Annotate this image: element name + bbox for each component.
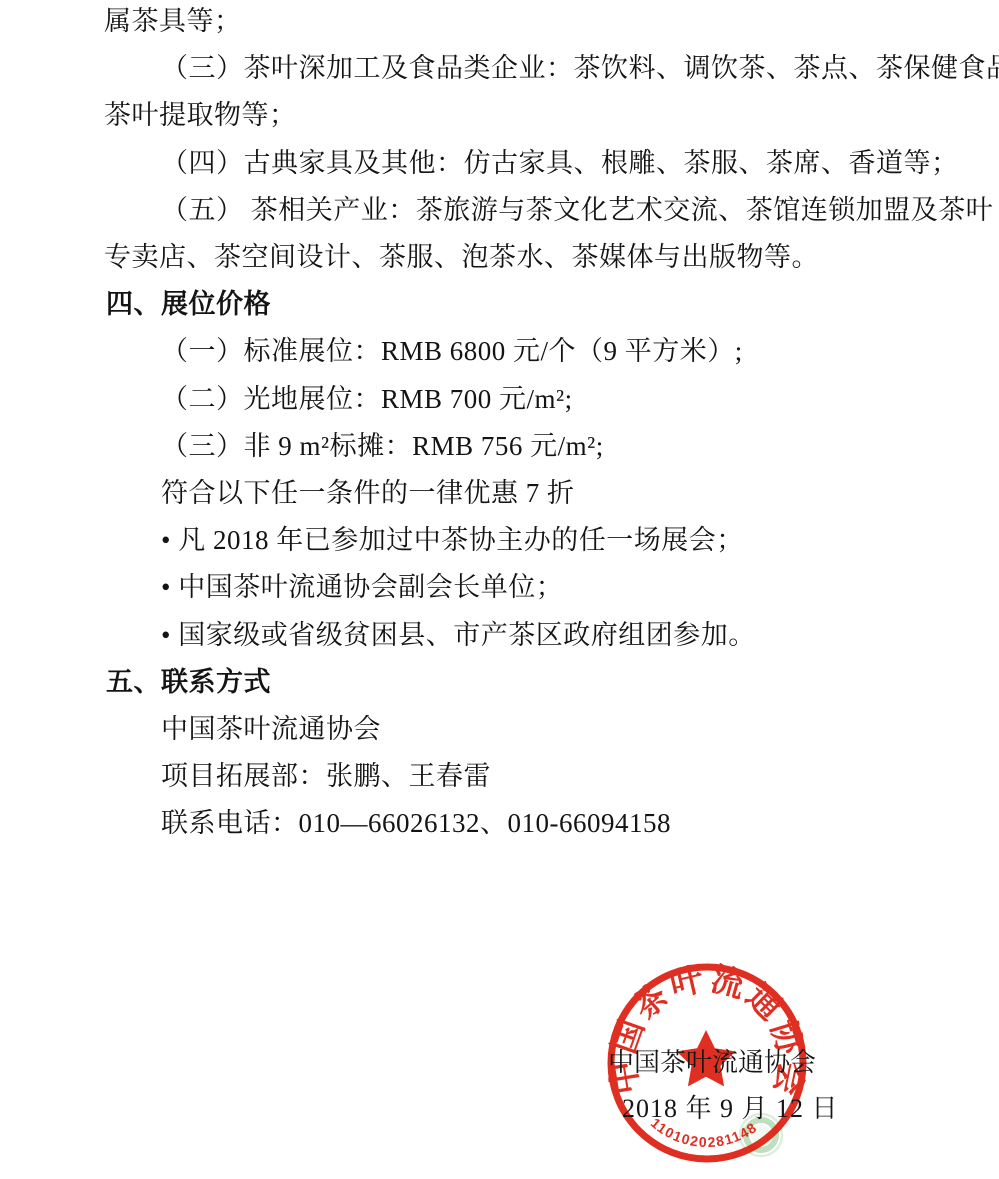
text-line-contact-persons: 项目拓展部：张鹏、王春雷: [0, 750, 999, 797]
text-line-discount-intro: 符合以下任一条件的一律优惠 7 折: [0, 467, 999, 514]
text-line-category-3: （三）茶叶深加工及食品类企业：茶饮料、调饮茶、茶点、茶保健食品、: [0, 42, 999, 89]
document-body: 属茶具等； （三）茶叶深加工及食品类企业：茶饮料、调饮茶、茶点、茶保健食品、 茶…: [0, 0, 999, 844]
text-line-price-raw-space: （二）光地展位：RMB 700 元/m²;: [0, 373, 999, 420]
signature-org: 中国茶叶流通协会: [608, 1042, 816, 1079]
text-line: 专卖店、茶空间设计、茶服、泡茶水、茶媒体与出版物等。: [0, 231, 999, 278]
text-line: 属茶具等；: [0, 0, 999, 42]
text-line-contact-org: 中国茶叶流通协会: [0, 703, 999, 750]
section-heading-contact: 五、联系方式: [0, 656, 999, 703]
bullet-discount-condition-1: • 凡 2018 年已参加过中茶协主办的任一场展会；: [0, 514, 999, 561]
document-page: { "page": { "background": "#ffffff", "te…: [0, 0, 999, 1179]
signature-date: 2018 年 9 月 12 日: [622, 1088, 839, 1125]
seal-arc-text: 中国茶叶流通协会: [604, 961, 809, 1101]
text-line-category-4: （四）古典家具及其他：仿古家具、根雕、茶服、茶席、香道等；: [0, 137, 999, 184]
seal-arc-text-wrap: 中国茶叶流通协会: [604, 961, 809, 1101]
text-line-category-5: （五） 茶相关产业：茶旅游与茶文化艺术交流、茶馆连锁加盟及茶叶: [0, 184, 999, 231]
text-line-price-standard: （一）标准展位：RMB 6800 元/个（9 平方米）;: [0, 325, 999, 372]
text-line-contact-phones: 联系电话：010—66026132、010-66094158: [0, 797, 999, 844]
bullet-discount-condition-2: • 中国茶叶流通协会副会长单位；: [0, 561, 999, 608]
text-line-price-nonstandard: （三）非 9 m²标摊：RMB 756 元/m²;: [0, 420, 999, 467]
bullet-discount-condition-3: • 国家级或省级贫困县、市产茶区政府组团参加。: [0, 608, 999, 655]
section-heading-booth-price: 四、展位价格: [0, 278, 999, 325]
text-line: 茶叶提取物等；: [0, 89, 999, 136]
